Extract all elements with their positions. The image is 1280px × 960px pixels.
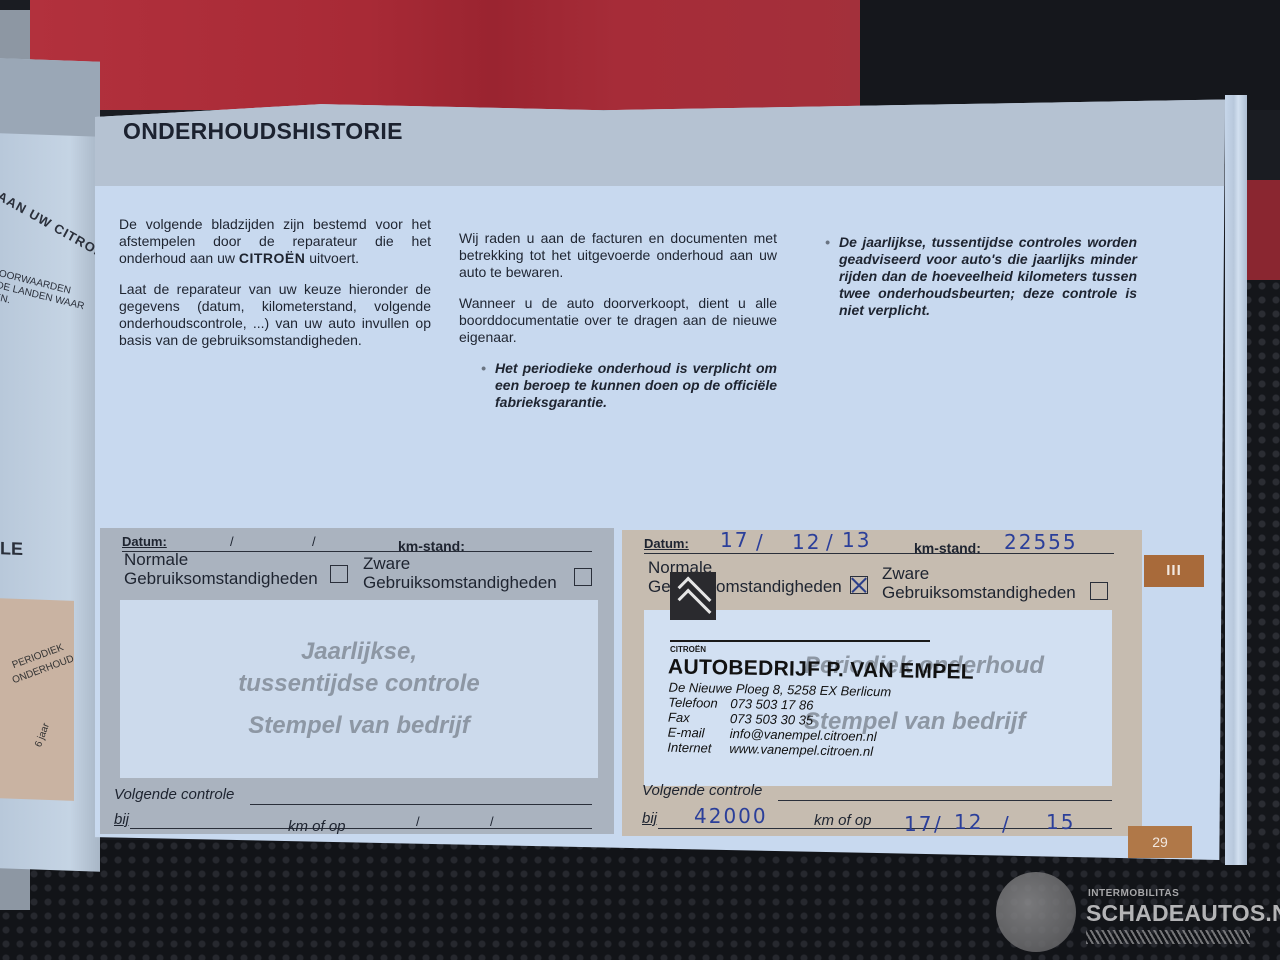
heavy-conditions-checkbox[interactable]	[1090, 582, 1108, 600]
heavy-conditions-label: ZwareGebruiksomstandigheden	[882, 564, 1076, 602]
next-check-label: Volgende controle	[642, 782, 762, 799]
brand-name: CITROËN	[239, 250, 306, 266]
handwritten-next-km: 42000	[694, 804, 768, 828]
globe-icon	[996, 872, 1076, 952]
stamp-rule	[670, 640, 930, 642]
normal-conditions-checkbox[interactable]	[330, 565, 348, 583]
km-stand-label: km-stand:	[398, 538, 465, 554]
dealer-phone: 073 503 17 86	[730, 696, 813, 713]
watermark: INTERMOBILITAS SCHADEAUTOS.NL	[990, 868, 1280, 960]
page-header-band: ONDERHOUDSHISTORIE	[95, 98, 1225, 186]
handwritten-day: 17	[720, 528, 749, 552]
next-km-line[interactable]	[130, 828, 592, 829]
left-page-header	[0, 58, 100, 136]
heavy-conditions-label: ZwareGebruiksomstandigheden	[363, 554, 557, 592]
page-stack-edge	[1225, 95, 1247, 865]
watermark-title: SCHADEAUTOS.NL	[1086, 900, 1280, 927]
stamp-brand: CITROËN	[670, 645, 706, 654]
km-or-on-label: km of op	[814, 812, 872, 829]
next-km-line[interactable]	[658, 828, 1112, 829]
page-number: 29	[1128, 826, 1192, 858]
intro-paragraph-2: Laat de reparateur van uw keuze hieronde…	[119, 281, 431, 349]
citroen-logo	[670, 572, 716, 620]
bullet-icon: •	[825, 234, 830, 251]
dealer-website: www.vanempel.citroen.nl	[729, 741, 873, 759]
dealer-contact: De Nieuwe Ploeg 8, 5258 EX Berlicum Tele…	[667, 680, 891, 760]
periodic-service-card: Datum: 17 / 12 / 13 km-stand: 22555 Norm…	[622, 530, 1142, 836]
bullet-icon: •	[481, 360, 486, 377]
intro-column-1: De volgende bladzijden zijn bestemd voor…	[119, 216, 431, 363]
intro-paragraph-1: De volgende bladzijden zijn bestemd voor…	[119, 216, 431, 267]
intro-column-3: • De jaarlijkse, tussentijdse controles …	[825, 234, 1137, 319]
advice-paragraph-2: Wanneer u de auto doorverkoopt, dient u …	[459, 295, 777, 346]
left-page-heading: LE	[0, 538, 23, 560]
heavy-conditions-checkbox[interactable]	[574, 568, 592, 586]
handwritten-month: 12	[792, 530, 821, 554]
left-page: AAN UW CITROËN OORWAARDEN DE LANDEN WAAR…	[0, 58, 100, 871]
section-tab: III	[1144, 555, 1204, 587]
advice-paragraph-1: Wij raden u aan de facturen en documente…	[459, 230, 777, 281]
datum-field[interactable]: Datum: 17 / 12 / 13 km-stand: 22555	[644, 536, 1114, 554]
page-title: ONDERHOUDSHISTORIE	[123, 118, 403, 145]
handwritten-km-stand: 22555	[1004, 530, 1078, 554]
dealer-fax: 073 503 30 35	[730, 711, 813, 728]
handwritten-next-month: 12	[954, 810, 983, 834]
next-check-line[interactable]	[778, 800, 1112, 801]
normal-conditions-label: NormaleGebruiksomstandigheden	[124, 550, 318, 588]
annual-check-note: • De jaarlijkse, tussentijdse controles …	[825, 234, 1137, 319]
at-km-label: bij	[114, 811, 129, 828]
handwritten-next-day: 17	[904, 812, 933, 836]
warranty-note: • Het periodieke onderhoud is verplicht …	[481, 360, 777, 411]
red-seat-fabric	[30, 0, 870, 110]
left-page-text-block: OORWAARDEN DE LANDEN WAAR EN.	[0, 268, 88, 325]
intro-column-2: Wij raden u aan de facturen en documente…	[459, 230, 777, 411]
km-or-on-label: km of op	[288, 818, 346, 835]
next-check-line[interactable]	[250, 804, 592, 805]
dark-seat-fabric	[860, 0, 1280, 110]
annual-check-card: Datum: / / km-stand: NormaleGebruiksomst…	[100, 528, 614, 834]
handwritten-next-year: 15	[1046, 810, 1075, 834]
normal-conditions-checkbox[interactable]	[850, 576, 868, 594]
at-km-label: bij	[642, 810, 657, 827]
left-page-service-box: PERIODIEK ONDERHOUD 6 jaar	[0, 598, 74, 801]
handwritten-year: 13	[842, 528, 871, 552]
stamp-area: Jaarlijkse, tussentijdse controle Stempe…	[120, 600, 598, 778]
next-check-label: Volgende controle	[114, 786, 234, 803]
tire-track-icon	[1086, 930, 1250, 944]
km-stand-label: km-stand:	[914, 540, 981, 556]
watermark-subtitle: INTERMOBILITAS	[1088, 888, 1179, 899]
